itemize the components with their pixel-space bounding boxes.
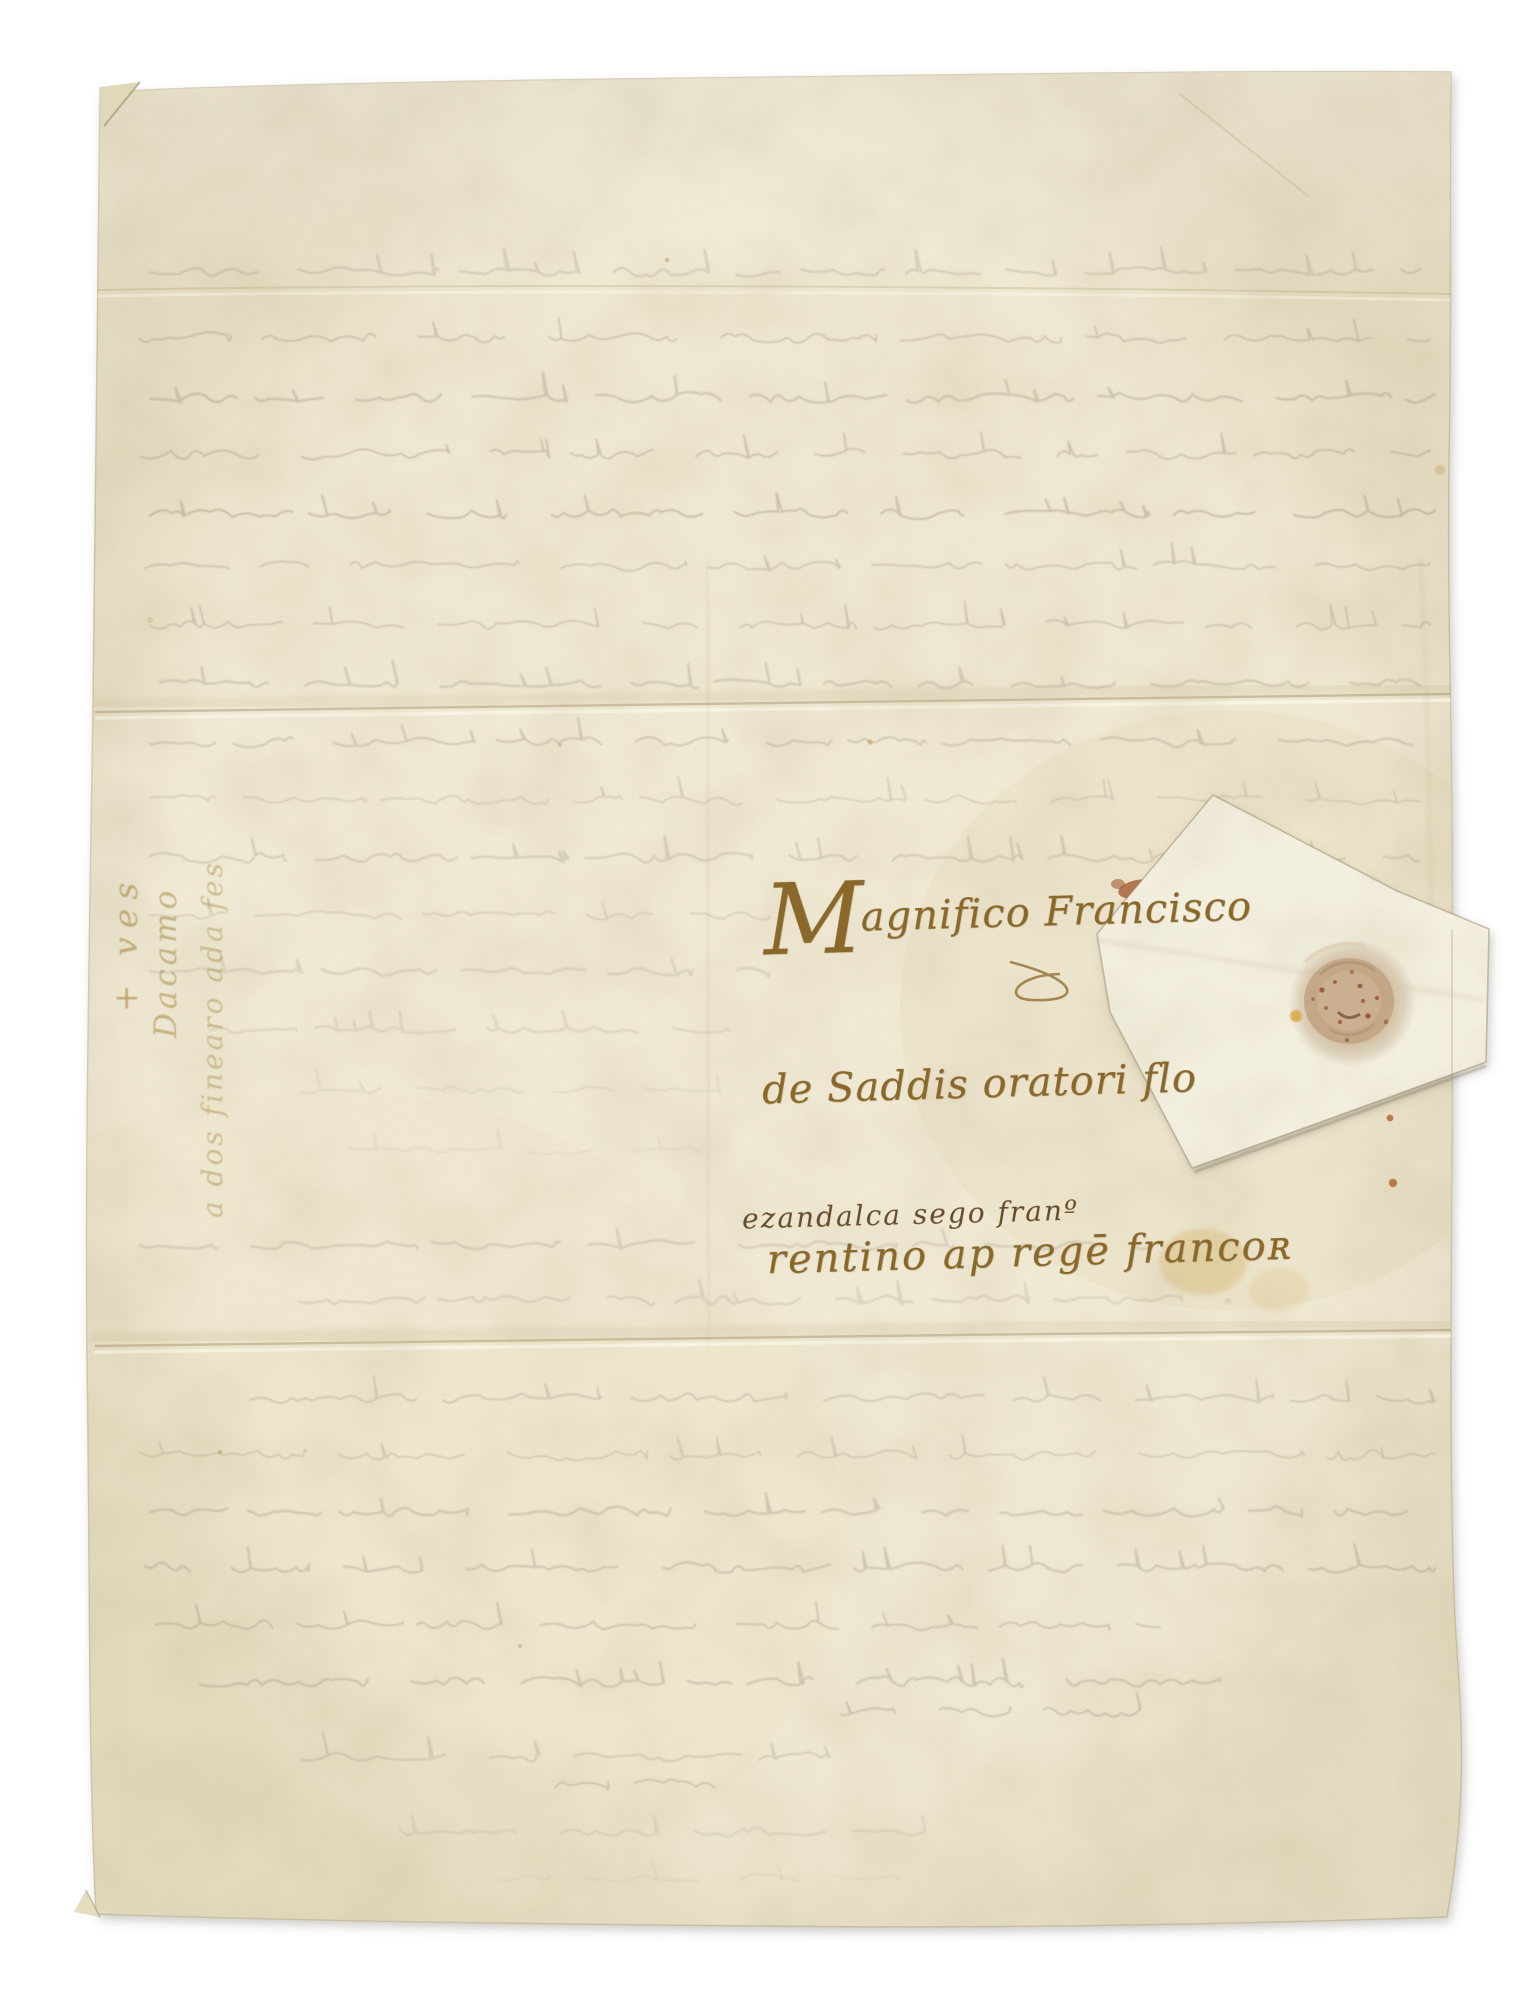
photograph-background: Magnifico Francisco de Saddis oratori fl… (0, 0, 1539, 2000)
wax-seal-remnant (1288, 939, 1416, 1067)
letter-photo (0, 0, 1539, 2000)
